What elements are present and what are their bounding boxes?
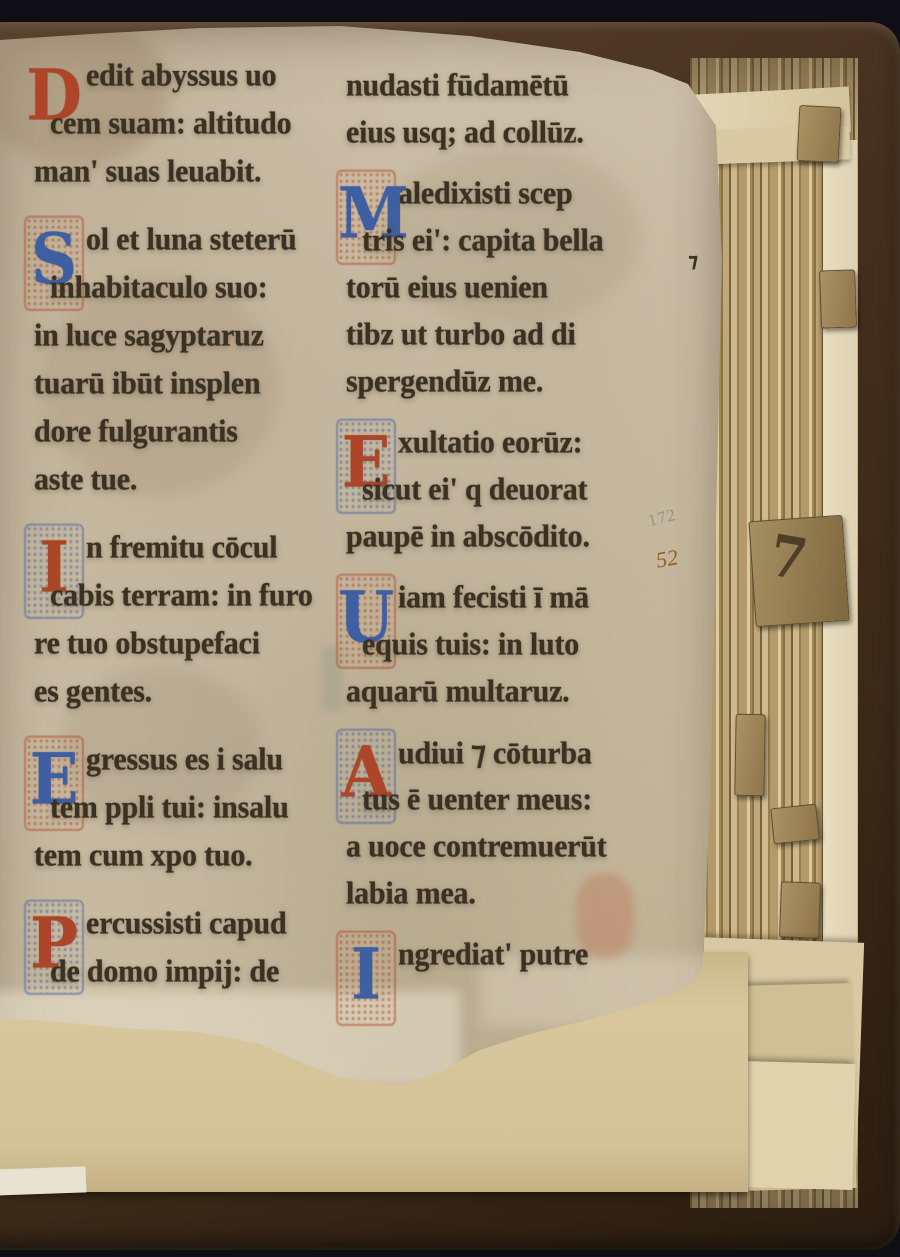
text-line: tuarū ibūt insplen: [34, 366, 260, 411]
page-tab: [734, 714, 765, 797]
line-text: de domo impij: de: [34, 954, 279, 990]
line-text: aquarū multaruz.: [346, 674, 570, 709]
text-line: Audiui ⁊ cōturba: [346, 735, 592, 780]
page-tab: [779, 881, 821, 938]
line-text: tus ē uenter meus:: [346, 782, 592, 818]
tab-ink-mark: 7: [765, 522, 812, 594]
text-line: cem suam: altitudo: [34, 106, 291, 151]
text-line: Dedit abyssus uo: [34, 58, 276, 103]
line-text: spergendūz me.: [346, 364, 543, 399]
text-line: In fremitu cōcul: [34, 530, 277, 575]
line-text: tibz ut turbo ad di: [346, 317, 576, 352]
text-line: Exultatio eorūz:: [346, 425, 582, 470]
line-text: cabis terram: in furo: [34, 578, 313, 614]
page-tab: [797, 105, 842, 163]
line-text: labia mea.: [346, 876, 476, 911]
text-line: de domo impij: de: [34, 954, 279, 999]
line-text: nudasti fūdamētū: [346, 68, 569, 103]
line-text: es gentes.: [34, 674, 152, 709]
text-line: aste tue.: [34, 462, 137, 507]
text-line: dore fulgurantis: [34, 414, 238, 459]
line-text: eius usq; ad collūz.: [346, 115, 584, 150]
text-line: Sol et luna steterū: [34, 222, 297, 267]
line-text: tem ppli tui: insalu: [34, 790, 289, 826]
line-text: dore fulgurantis: [34, 414, 238, 449]
line-text: equis tuis: in luto: [346, 627, 579, 663]
text-line: in luce sagyptaruz: [34, 318, 264, 363]
text-line: cabis terram: in furo: [34, 578, 313, 623]
text-line: Percussisti capud: [34, 906, 286, 951]
text-line: es gentes.: [34, 674, 152, 719]
text-line: eius usq; ad collūz.: [346, 115, 584, 160]
illuminated-initial: I: [338, 933, 394, 1024]
line-text: cem suam: altitudo: [34, 106, 291, 142]
page-tab: [819, 269, 857, 328]
bottom-page-sliver: [0, 1166, 86, 1195]
text-line: Egressus es i salu: [34, 742, 283, 787]
text-line: spergendūz me.: [346, 364, 543, 409]
line-text: in luce sagyptaruz: [34, 318, 264, 353]
text-line: Maledixisti scep: [346, 176, 573, 221]
line-text: a uoce contremuerūt: [346, 829, 607, 864]
margin-ink-mark: ⁊: [688, 248, 698, 272]
text-line: inhabitaculo suo:: [34, 270, 268, 315]
line-text: paupē in abscōdito.: [346, 519, 590, 554]
text-line: a uoce contremuerūt: [346, 829, 607, 874]
text-line: labia mea.: [346, 876, 476, 921]
text-line: sicut ei' q deuorat: [346, 472, 587, 517]
text-line: torū eius uenien: [346, 270, 548, 315]
page-tab: [770, 804, 820, 845]
text-line: tris ei': capita bella: [346, 223, 603, 268]
line-text: torū eius uenien: [346, 270, 548, 305]
text-line: Ingrediat' putre: [346, 937, 588, 982]
line-text: tris ei': capita bella: [346, 223, 603, 259]
text-line: equis tuis: in luto: [346, 627, 579, 672]
text-line: man' suas leuabit.: [34, 154, 261, 199]
text-line: tibz ut turbo ad di: [346, 317, 576, 362]
text-line: tem ppli tui: insalu: [34, 790, 289, 835]
line-text: inhabitaculo suo:: [34, 270, 268, 306]
line-text: tuarū ibūt insplen: [34, 366, 260, 401]
line-text: man' suas leuabit.: [34, 154, 261, 189]
line-text: aste tue.: [34, 462, 137, 497]
line-text: re tuo obstupefaci: [34, 626, 260, 661]
text-line: Uiam fecisti ī mā: [346, 580, 589, 625]
text-line: nudasti fūdamētū: [346, 68, 569, 113]
text-line: paupē in abscōdito.: [346, 519, 590, 564]
page-tab-marked: 7: [748, 515, 849, 627]
line-text: sicut ei' q deuorat: [346, 472, 587, 508]
text-line: aquarū multaruz.: [346, 674, 570, 719]
line-text: tem cum xpo tuo.: [34, 838, 252, 873]
text-line: tem cum xpo tuo.: [34, 838, 252, 883]
manuscript-photo: 7 Dedit abyssus uocem suam: altitudoman'…: [0, 0, 900, 1257]
text-line: tus ē uenter meus:: [346, 782, 592, 827]
text-line: re tuo obstupefaci: [34, 626, 260, 671]
ink-folio-number: 52: [654, 544, 680, 573]
